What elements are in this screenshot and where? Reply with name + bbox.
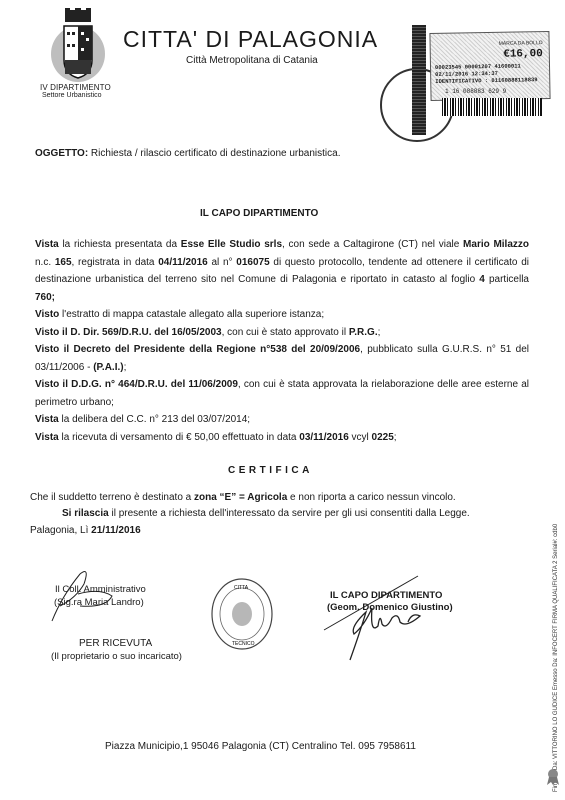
svg-text:CITTA: CITTA: [234, 585, 249, 591]
premise-paragraph: Visto il D.D.G. n° 464/D.R.U. del 11/06/…: [35, 376, 529, 411]
premise-paragraph: Visto il D. Dir. 569/D.R.U. del 16/05/20…: [35, 324, 529, 342]
receipt-subtitle: (Il proprietario o suo incaricato): [51, 651, 182, 662]
stamp-codes: 00023545 00001207 41600011 02/11/2016 12…: [435, 62, 545, 85]
certifica-heading: CERTIFICA: [228, 465, 313, 476]
signature-scribble-left: [40, 566, 120, 626]
premise-paragraph: Visto il Decreto del Presidente della Re…: [35, 341, 529, 376]
barcode: [442, 98, 542, 116]
department-label: IV DIPARTIMENTO: [40, 83, 111, 92]
page-subtitle: Città Metropolitana di Catania: [186, 55, 318, 66]
section-heading: IL CAPO DIPARTIMENTO: [200, 208, 318, 219]
stamp-type: MARCA DA BOLLO: [499, 40, 543, 47]
certificate-ribbon-icon: [546, 768, 560, 786]
svg-text:TECNICO: TECNICO: [232, 641, 255, 647]
subject-label: OGGETTO:: [35, 148, 88, 159]
signature-director: [320, 572, 440, 662]
premise-paragraph: Vista la delibera del C.C. n° 213 del 03…: [35, 411, 529, 429]
sector-label: Settore Urbanistico: [42, 92, 102, 99]
place-date: Palagonia, Lì 21/11/2016: [30, 525, 141, 536]
subject-line: OGGETTO: Richiesta / rilascio certificat…: [35, 148, 341, 159]
premises-paragraphs: Vista la richiesta presentata da Esse El…: [35, 236, 529, 446]
premise-paragraph: Visto l'estratto di mappa catastale alle…: [35, 306, 529, 324]
receipt-title: PER RICEVUTA: [79, 638, 152, 649]
clerk-name: (Sig.ra Maria Landro): [54, 597, 144, 608]
director-role: IL CAPO DIPARTIMENTO: [330, 590, 442, 601]
issuance-statement: Si rilascia il presente a richiesta dell…: [62, 508, 470, 519]
premise-paragraph: Vista la richiesta presentata da Esse El…: [35, 236, 529, 306]
footer-address: Piazza Municipio,1 95046 Palagonia (CT) …: [105, 741, 416, 752]
stamp-edge: [412, 25, 426, 135]
coat-of-arms-icon: [48, 8, 108, 84]
certification-statement: Che il suddetto terreno è destinato a zo…: [30, 492, 456, 503]
ufficio-tecnico-seal: CITTA TECNICO: [210, 577, 275, 652]
stamp-amount: €16,00: [503, 48, 543, 61]
digital-signature-note: Firmato Da: VITTORINO LO GUDICE Emesso D…: [553, 524, 559, 792]
page-title: CITTA' DI PALAGONIA: [123, 26, 378, 53]
clerk-role: Il Coll. Amministrativo: [55, 584, 146, 595]
director-name: (Geom. Domenico Giustino): [327, 602, 453, 613]
barcode-number: 1 16 088883 629 9: [445, 88, 506, 95]
subject-text: Richiesta / rilascio certificato di dest…: [88, 148, 340, 159]
premise-paragraph: Vista la ricevuta di versamento di € 50,…: [35, 429, 529, 447]
